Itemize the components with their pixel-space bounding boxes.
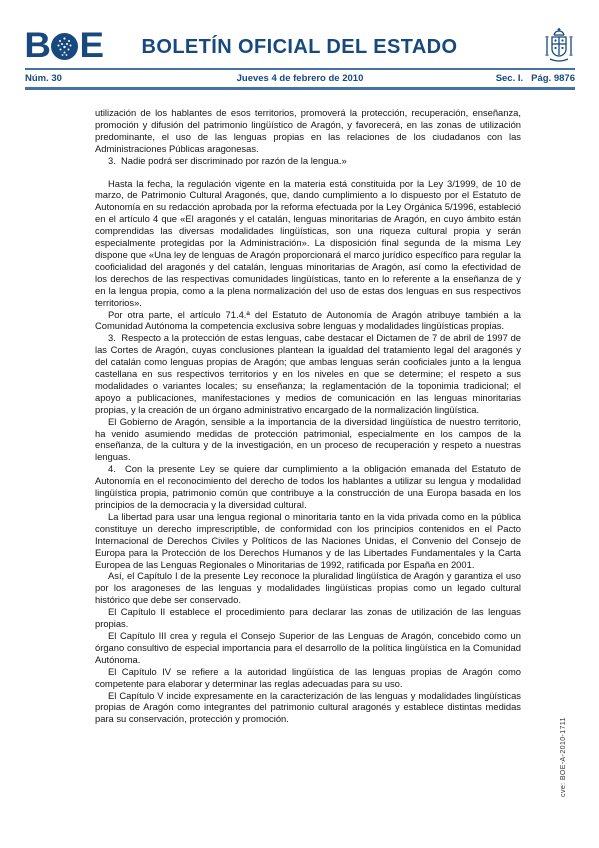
paragraph: El Capítulo II establece el procedimient…: [95, 606, 521, 630]
header-rule-top: [25, 68, 575, 70]
paragraph: La libertad para usar una lengua regiona…: [95, 511, 521, 571]
paragraph: 3. Nadie podrá ser discriminado por razó…: [95, 155, 521, 167]
paragraph: El Capítulo III crea y regula el Consejo…: [95, 630, 521, 666]
paragraph: El Gobierno de Aragón, sensible a la imp…: [95, 416, 521, 464]
paragraph: Hasta la fecha, la regulación vigente en…: [95, 178, 521, 309]
paragraph: El Capítulo V incide expresamente en la …: [95, 690, 521, 726]
header-rule-bottom: [25, 87, 575, 90]
paragraph: El Capítulo IV se refiere a la autoridad…: [95, 666, 521, 690]
section-page: Sec. I.Pág. 9876: [496, 73, 575, 84]
issue-date: Jueves 4 de febrero de 2010: [25, 73, 575, 84]
paragraph: utilización de los hablantes de esos ter…: [95, 107, 521, 155]
spain-coat-of-arms-icon: [542, 27, 576, 72]
page-title: BOLETÍN OFICIAL DEL ESTADO: [0, 36, 599, 59]
masthead-row: Núm. 30 Jueves 4 de febrero de 2010 Sec.…: [25, 73, 575, 86]
paragraph: Así, el Capítulo I de la presente Ley re…: [95, 570, 521, 606]
paragraph: 3. Respecto a la protección de estas len…: [95, 332, 521, 415]
document-body: utilización de los hablantes de esos ter…: [95, 107, 521, 725]
section-label: Sec. I.: [496, 73, 523, 84]
paragraph: Por otra parte, el artículo 71.4.ª del E…: [95, 309, 521, 333]
page-number: Pág. 9876: [531, 73, 575, 84]
cve-identifier: cve: BOE-A-2010-1711: [560, 704, 570, 810]
paragraph: 4. Con la presente Ley se quiere dar cum…: [95, 463, 521, 511]
